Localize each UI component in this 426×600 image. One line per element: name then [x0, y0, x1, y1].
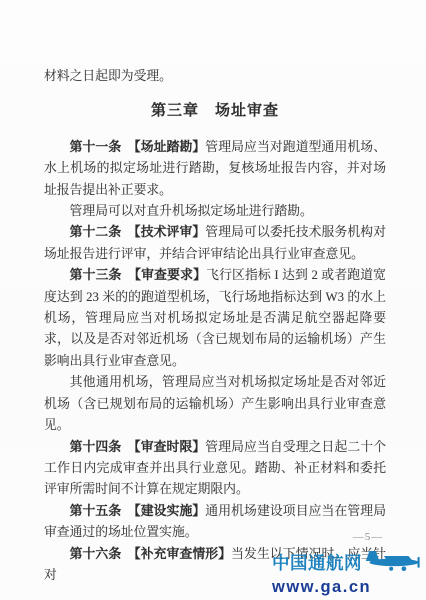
article-paragraph: 第十一条 【场址踏勘】管理局应当对跑道型通用机场、水上机场的拟定场址进行踏勘，复…	[44, 137, 386, 201]
article-text: 管理局可以对直升机场拟定场址进行踏勘。	[70, 204, 313, 218]
article-number-title: 第十四条 【审查时限】	[70, 440, 206, 454]
article-text: 其他通用机场，管理局应当对机场拟定场址是否对邻近机场（含已规划布局的运输机场）产…	[44, 375, 386, 432]
article-text: 飞行区指标 I 达到 2 或者跑道宽度达到 23 米的的跑道型机场，飞行场地指标…	[44, 268, 386, 368]
logo-site-name: 中国通航网	[272, 555, 362, 573]
article-number-title: 第十六条 【补充审查情形】	[70, 547, 232, 561]
logo-site-url: www.ga.cn	[272, 579, 424, 596]
chapter-heading: 第三章 场址审查	[44, 87, 386, 136]
article-paragraph: 第十三条 【审查要求】飞行区指标 I 达到 2 或者跑道宽度达到 23 米的的跑…	[44, 265, 386, 372]
article-paragraph: 管理局可以对直升机场拟定场址进行踏勘。	[44, 201, 386, 222]
page-number: —5—	[338, 531, 398, 543]
airplane-icon	[364, 549, 422, 577]
article-paragraph: 其他通用机场，管理局应当对机场拟定场址是否对邻近机场（含已规划布局的运输机场）产…	[44, 372, 386, 436]
article-paragraph: 第十二条 【技术评审】管理局可以委托技术服务机构对场址报告进行评审，并结合评审结…	[44, 222, 386, 265]
article-number-title: 第十五条 【建设实施】	[70, 504, 206, 518]
article-paragraph: 第十五条 【建设实施】通用机场建设项目应当在管理局审查通过的场址位置实施。	[44, 501, 386, 544]
article-number-title: 第十一条 【场址踏勘】	[70, 140, 206, 154]
article-number-title: 第十二条 【技术评审】	[70, 225, 206, 239]
continuation-paragraph: 材料之日起即为受理。	[44, 66, 386, 87]
article-number-title: 第十三条 【审查要求】	[70, 268, 206, 282]
scanned-page: 材料之日起即为受理。 第三章 场址审查 第十一条 【场址踏勘】管理局应当对跑道型…	[0, 0, 426, 600]
document-body: 材料之日起即为受理。 第三章 场址审查 第十一条 【场址踏勘】管理局应当对跑道型…	[44, 66, 386, 586]
ga-cn-watermark-logo: 中国通航网 www.ga.cn	[272, 551, 424, 596]
article-paragraph: 第十四条 【审查时限】管理局应当自受理之日起二十个工作日内完成审查并出具行业意见…	[44, 437, 386, 501]
